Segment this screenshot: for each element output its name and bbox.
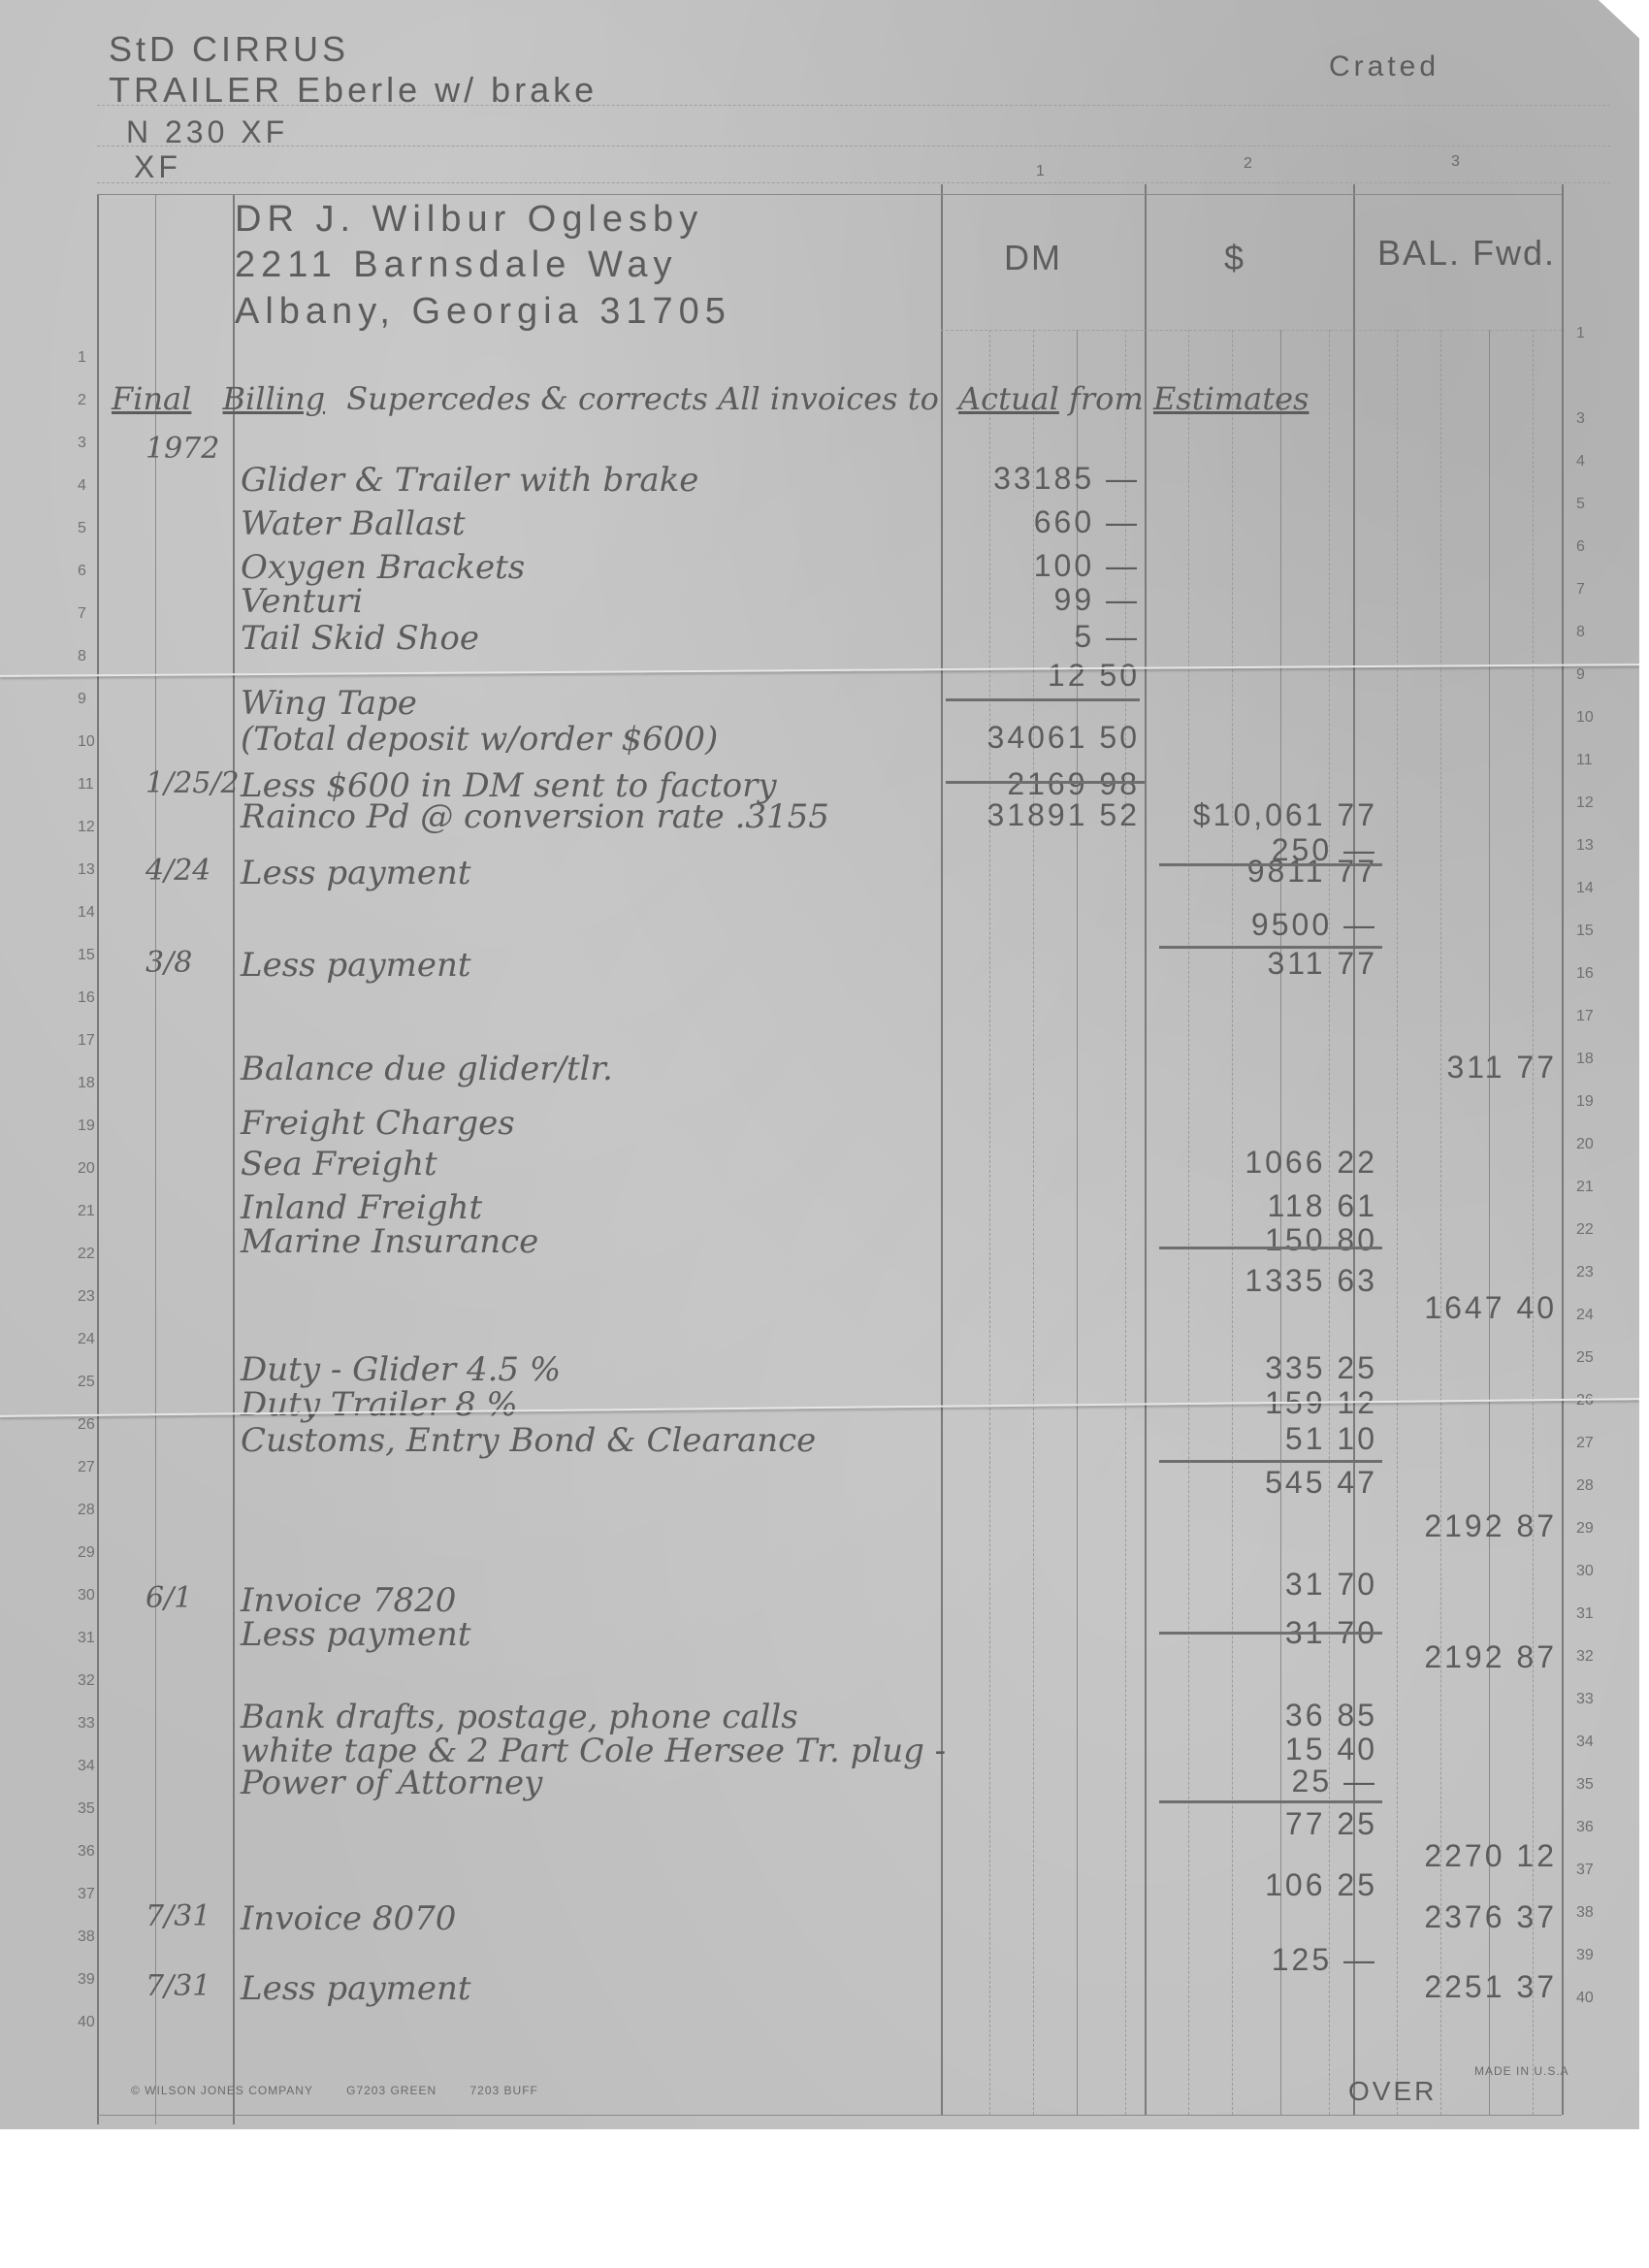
- line-number: 8: [78, 648, 86, 665]
- frame-left: [97, 194, 99, 2124]
- entry-date: 7/31: [145, 1969, 223, 2003]
- line-number: 18: [78, 1075, 95, 1092]
- line-number: 33: [1576, 1691, 1594, 1708]
- line-number: 32: [1576, 1648, 1594, 1666]
- entry-usd-amount: 335 25: [1149, 1350, 1377, 1386]
- entry-usd-amount: 125 —: [1149, 1942, 1377, 1978]
- entry-date: 4/24: [145, 854, 223, 888]
- title-billing: Billing: [223, 380, 326, 417]
- entry-dm-amount: 99 —: [946, 582, 1140, 618]
- line-number: 34: [1576, 1733, 1594, 1751]
- line-number: 28: [1576, 1477, 1594, 1495]
- line-number: 11: [78, 776, 94, 794]
- line-number: 19: [78, 1118, 95, 1135]
- made-in-usa: MADE IN U.S.A: [1474, 2064, 1569, 2078]
- header-divider: [941, 330, 1562, 331]
- entry-usd-amount: 25 —: [1149, 1764, 1377, 1799]
- entry-description: Glider & Trailer with brake: [241, 461, 698, 500]
- entry-description: Rainco Pd @ conversion rate .3155: [241, 797, 829, 836]
- subtotal-rule: [1159, 1800, 1382, 1803]
- line-number: 17: [78, 1032, 95, 1050]
- line-number: 40: [78, 2014, 95, 2031]
- line-number: 2: [78, 392, 86, 409]
- line-number: 5: [78, 520, 86, 537]
- line-number: 6: [78, 563, 86, 580]
- entry-description: Bank drafts, postage, phone calls: [241, 1698, 798, 1736]
- line-number: 39: [1576, 1947, 1594, 1964]
- line-number: 31: [1576, 1605, 1594, 1623]
- entry-usd-amount: 311 77: [1149, 946, 1377, 982]
- line-number: 16: [1576, 965, 1594, 983]
- line-number: 37: [78, 1886, 95, 1903]
- line-number: 25: [1576, 1349, 1594, 1367]
- title-estimates: Estimates: [1153, 380, 1309, 417]
- line-number: 36: [1576, 1819, 1594, 1836]
- entry-description: Tail Skid Shoe: [241, 619, 479, 658]
- subtotal-rule: [946, 698, 1140, 701]
- line-number: 15: [78, 947, 95, 964]
- entry-description: Wing Tape: [241, 684, 417, 723]
- entry-dm-amount: 31891 52: [946, 797, 1140, 833]
- form-number-green: G7203 GREEN: [346, 2084, 436, 2097]
- line-number: 21: [1576, 1179, 1594, 1196]
- line-number: 26: [78, 1416, 95, 1434]
- frame-top: [97, 194, 1562, 195]
- entry-description: Customs, Entry Bond & Clearance: [241, 1421, 816, 1460]
- paper-fold: [0, 664, 1639, 677]
- subtotal-rule: [946, 781, 1145, 784]
- line-number: 16: [78, 989, 95, 1007]
- line-number: 10: [1576, 709, 1594, 727]
- entry-balance-forward: 2192 87: [1358, 1639, 1557, 1675]
- entry-usd-amount: 51 10: [1149, 1421, 1377, 1457]
- line-number: 14: [1576, 880, 1594, 897]
- entry-usd-amount: 545 47: [1149, 1465, 1377, 1501]
- guide-line: [97, 182, 1610, 183]
- note-crated: Crated: [1329, 50, 1439, 83]
- line-number: 38: [78, 1928, 95, 1946]
- entry-description: Duty Trailer 8 %: [241, 1385, 518, 1424]
- line-number: 40: [1576, 1990, 1594, 2007]
- column-header-bal-fwd: BAL. Fwd.: [1377, 233, 1556, 274]
- entry-usd-amount: 118 61: [1149, 1188, 1377, 1224]
- printer-credit: © WILSON JONES COMPANY G7203 GREEN 7203 …: [131, 2084, 538, 2097]
- entry-usd-amount: 15 40: [1149, 1732, 1377, 1767]
- subtotal-rule: [1159, 1247, 1382, 1249]
- line-number: 1: [78, 349, 86, 367]
- line-number: 19: [1576, 1093, 1594, 1111]
- line-number: 13: [78, 861, 95, 879]
- line-number: 3: [78, 435, 86, 452]
- frame-date-col: [155, 194, 156, 2124]
- entry-usd-amount: $10,061 77: [1149, 797, 1377, 833]
- line-number: 12: [1576, 794, 1594, 812]
- entry-description: Venturi: [241, 582, 363, 621]
- line-number: 31: [78, 1630, 95, 1647]
- title-from: from: [1069, 380, 1144, 417]
- line-number: 24: [1576, 1307, 1594, 1324]
- entry-description: Water Ballast: [241, 504, 466, 543]
- line-number: 9: [78, 691, 86, 708]
- column-number-3: 3: [1451, 153, 1460, 171]
- entry-balance-forward: 311 77: [1358, 1050, 1557, 1085]
- entry-date: 6/1: [145, 1581, 223, 1615]
- guide-line: [97, 105, 1610, 106]
- line-number: 23: [78, 1288, 95, 1306]
- note-glider-model: StD CIRRUS: [109, 29, 349, 70]
- entry-description: Power of Attorney: [241, 1764, 542, 1802]
- title-supercedes: Supercedes & corrects All invoices to: [346, 380, 939, 417]
- entry-usd-amount: 150 80: [1149, 1222, 1377, 1258]
- entry-description: Less payment: [241, 1615, 471, 1654]
- line-number: 25: [78, 1374, 95, 1391]
- entry-description: Less payment: [241, 946, 471, 985]
- line-number: 21: [78, 1203, 95, 1220]
- entry-date: 1/25/2: [145, 766, 223, 800]
- line-number: 29: [78, 1544, 95, 1562]
- line-number: 9: [1576, 666, 1585, 684]
- line-number: 22: [1576, 1221, 1594, 1239]
- line-number: 1: [1576, 325, 1585, 342]
- line-number: 11: [1576, 752, 1593, 769]
- column-number-1: 1: [1036, 163, 1045, 180]
- entry-description: Freight Charges: [241, 1104, 515, 1143]
- line-number: 30: [78, 1587, 95, 1604]
- line-number: 35: [1576, 1776, 1594, 1794]
- line-number: 36: [78, 1843, 95, 1861]
- entry-description: Balance due glider/tlr.: [241, 1050, 613, 1088]
- line-number: 6: [1576, 538, 1585, 556]
- guide-line: [97, 146, 1610, 146]
- note-xf: XF: [134, 149, 181, 185]
- title-actual: Actual: [958, 380, 1059, 417]
- entry-usd-amount: 31 70: [1149, 1567, 1377, 1603]
- customer-name: DR J. Wilbur Oglesby: [235, 199, 703, 241]
- line-number: 14: [78, 904, 95, 922]
- entry-dm-amount: 660 —: [946, 504, 1140, 540]
- line-number: 18: [1576, 1051, 1594, 1068]
- customer-street: 2211 Barnsdale Way: [235, 244, 678, 286]
- subtotal-rule: [1159, 863, 1382, 866]
- entry-description: Oxygen Brackets: [241, 548, 525, 587]
- line-number: 32: [78, 1672, 95, 1690]
- entry-dm-amount: 100 —: [946, 548, 1140, 584]
- customer-city: Albany, Georgia 31705: [235, 291, 731, 333]
- line-number: 28: [78, 1502, 95, 1519]
- line-number: 5: [1576, 496, 1585, 513]
- entry-description: Sea Freight: [241, 1145, 437, 1183]
- line-number: 4: [78, 477, 86, 495]
- line-number: 7: [78, 605, 86, 623]
- entry-balance-forward: 2376 37: [1358, 1899, 1557, 1935]
- entry-description: Invoice 7820: [241, 1581, 456, 1620]
- printer-name: © WILSON JONES COMPANY: [131, 2084, 313, 2097]
- line-number: 20: [1576, 1136, 1594, 1153]
- ledger-sheet: StD CIRRUS TRAILER Eberle w/ brake N 230…: [0, 0, 1639, 2129]
- line-number: 27: [1576, 1435, 1594, 1452]
- entry-dm-amount: 34061 50: [946, 720, 1140, 756]
- frame-right: [1562, 184, 1564, 2115]
- line-number: 8: [1576, 624, 1585, 641]
- line-number: 34: [78, 1758, 95, 1775]
- line-number: 30: [1576, 1563, 1594, 1580]
- subtotal-rule: [1159, 1460, 1382, 1463]
- entry-description: (Total deposit w/order $600): [241, 720, 718, 759]
- entry-usd-amount: 9811 77: [1149, 854, 1377, 890]
- line-number: 10: [78, 733, 95, 751]
- line-number: 13: [1576, 837, 1594, 855]
- entry-usd-amount: 1335 63: [1149, 1263, 1377, 1299]
- entry-dm-amount: 12 50: [946, 658, 1140, 694]
- line-number: 33: [78, 1715, 95, 1733]
- frame-col2-left: [1145, 184, 1147, 2115]
- entry-balance-forward: 2251 37: [1358, 1969, 1557, 2005]
- line-number: 27: [78, 1459, 95, 1476]
- over-note: OVER: [1348, 2076, 1437, 2107]
- entry-description: Duty - Glider 4.5 %: [241, 1350, 561, 1389]
- entry-usd-amount: 36 85: [1149, 1698, 1377, 1733]
- entry-description: Less payment: [241, 1969, 471, 2008]
- line-number: 7: [1576, 581, 1585, 599]
- entry-usd-amount: 77 25: [1149, 1806, 1377, 1842]
- entry-date: 1972: [145, 432, 223, 466]
- line-number: 38: [1576, 1904, 1594, 1922]
- line-number: 12: [78, 819, 95, 836]
- entry-balance-forward: 2192 87: [1358, 1508, 1557, 1544]
- column-number-2: 2: [1244, 155, 1252, 173]
- form-number-buff: 7203 BUFF: [470, 2084, 538, 2097]
- line-number: 29: [1576, 1520, 1594, 1538]
- entry-usd-amount: 1066 22: [1149, 1145, 1377, 1181]
- subtotal-rule: [1159, 1632, 1382, 1635]
- line-number: 4: [1576, 453, 1585, 470]
- frame-desc-col: [233, 194, 235, 2124]
- line-number: 24: [78, 1331, 95, 1348]
- column-header-usd: $: [1224, 238, 1245, 278]
- line-number: 26: [1576, 1392, 1594, 1409]
- final-billing-title: Final Billing Supercedes & corrects All …: [112, 380, 1309, 417]
- entry-usd-amount: 9500 —: [1149, 907, 1377, 943]
- title-final: Final: [112, 380, 191, 417]
- column-header-dm: DM: [1004, 238, 1062, 278]
- line-number: 23: [1576, 1264, 1594, 1281]
- entry-dm-amount: 5 —: [946, 619, 1140, 655]
- line-number: 17: [1576, 1008, 1594, 1025]
- entry-description: Less payment: [241, 854, 471, 892]
- line-number: 15: [1576, 923, 1594, 940]
- entry-description: Invoice 8070: [241, 1899, 456, 1938]
- entry-description: Marine Insurance: [241, 1222, 538, 1261]
- line-number: 20: [78, 1160, 95, 1178]
- entry-description: Inland Freight: [241, 1188, 482, 1227]
- entry-balance-forward: 2270 12: [1358, 1838, 1557, 1874]
- frame-col1-left: [941, 184, 943, 2115]
- subtotal-rule: [1159, 946, 1382, 949]
- entry-dm-amount: 33185 —: [946, 461, 1140, 497]
- line-number: 22: [78, 1246, 95, 1263]
- line-number: 35: [78, 1800, 95, 1818]
- frame-bottom: [97, 2115, 1562, 2116]
- line-number: 3: [1576, 410, 1585, 428]
- entry-usd-amount: 106 25: [1149, 1867, 1377, 1903]
- line-number: 37: [1576, 1862, 1594, 1879]
- entry-date: 7/31: [145, 1899, 223, 1933]
- entry-balance-forward: 1647 40: [1358, 1290, 1557, 1326]
- entry-date: 3/8: [145, 946, 223, 980]
- line-number: 39: [78, 1971, 95, 1989]
